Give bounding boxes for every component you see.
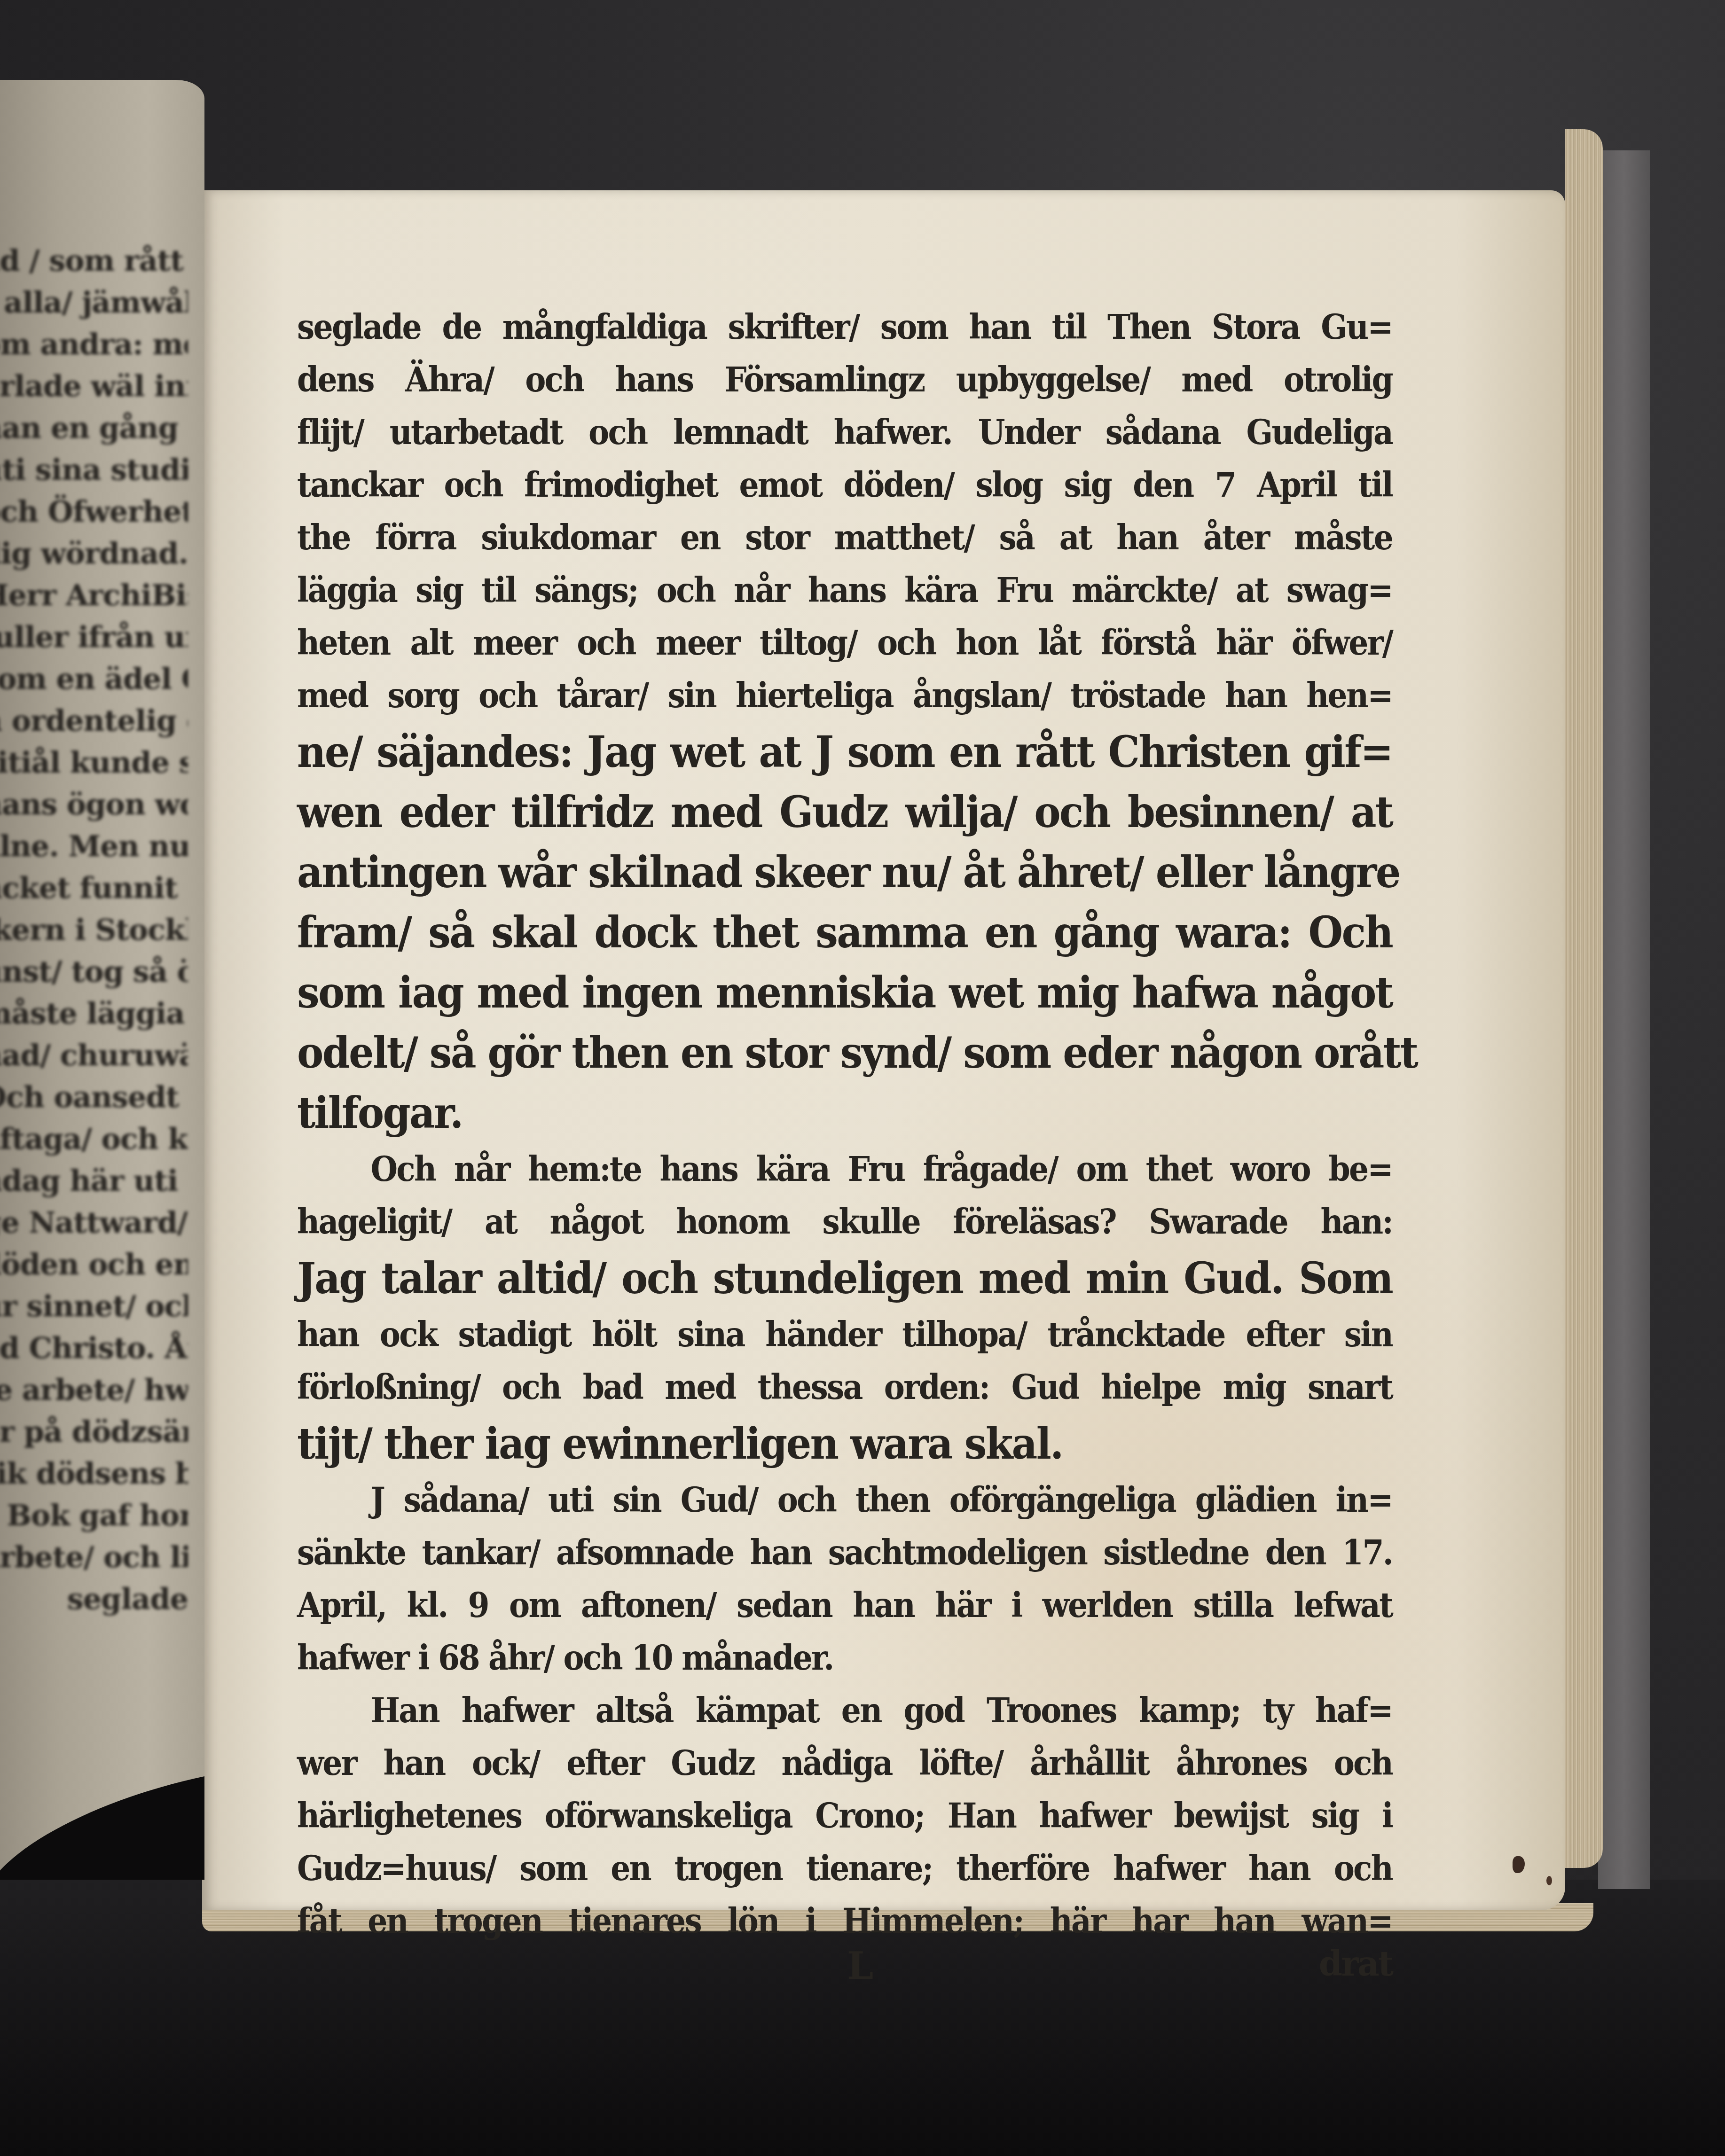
verso-text-line: s Bok gaf honom anled [0,1494,188,1536]
grey-support-card [1598,150,1650,1889]
signature-mark: L [847,1944,873,1988]
verso-text-line: ge Nattward/ så war döds [0,1202,188,1243]
text-line: flijt/ utarbetadt och lemnadt hafwer. Un… [297,406,1392,459]
text-line: odelt/ så gör then en stor synd/ som ede… [297,1023,1392,1083]
verso-text-line: n ordentelig diete, så d [0,700,188,742]
verso-text-line: ad / som rått döm [0,240,188,281]
verso-text-line: alne. Men nu fanns i the [0,825,188,867]
verso-text-line: seglade [0,1578,188,1620]
text-line: han ock stadigt hölt sina händer tilhopa… [297,1308,1392,1361]
verso-text-line: döden och en salig hädan [0,1243,188,1285]
text-line: Gudz=huus/ som en trogen tienare; therfö… [297,1842,1392,1895]
verso-text-line: t alla/ jämwål the ring [0,281,188,323]
text-line: med sorg och tårar/ sin hierteliga ångsl… [297,669,1392,722]
verso-text-block: ad / som rått dömt alla/ jämwål the ring… [0,240,188,1620]
verso-text-line: om andra: men war mi [0,323,188,365]
text-line: ne/ säjandes: Jag wet at J som en rått C… [297,722,1392,782]
catchword: drat [1319,1944,1392,1984]
verso-text-line: han en gång slutit. W [0,407,188,449]
text-line: läggia sig til sängs; och når hans kära … [297,564,1392,617]
text-line: April, kl. 9 om aftonen/ sedan han här i… [297,1579,1392,1632]
verso-text-line: som en ädel Gudz gåfwe [0,658,188,700]
verso-text-line: och Öfwerhet hade han [0,491,188,532]
verso-text-line: arbete/ och lika såsom be [0,1536,188,1578]
verso-text-line: uti sina studier och emb [0,449,188,491]
text-line: härlighetenes oförwanskeliga Crono; Han … [297,1789,1392,1842]
text-line: förloßning/ och bad med thessa orden: Gu… [297,1361,1392,1414]
verso-text-line: Och oansedt sukdom [0,1076,188,1118]
verso-text-line: erlade wäl innan han h [0,365,188,407]
verso-text-line: lkern i Stockholm, til han [0,909,188,951]
page-footer: Ldrat [297,1947,1392,1990]
ink-stain-small [1546,1876,1552,1885]
text-line: Jag talar altid/ och stundeligen med min… [297,1248,1392,1308]
verso-text-line: Herr ArchiBiskopens sit [0,574,188,616]
text-line: Och når hem:te hans kära Fru frågade/ om… [297,1143,1392,1195]
verso-text-line: fuller ifrån ungdomen ich [0,616,188,658]
verso-text-line: ncket funnit sig besinnadt [0,867,188,909]
text-line: som iag med ingen menniskia wet mig hafw… [297,962,1392,1023]
verso-text-line: unst/ tog så öfwerhanden/ at [0,951,188,992]
verso-text-line: måste läggia sig til säng [0,992,188,1034]
verso-text-line: te arbete/ hwilket han/ då [0,1369,188,1411]
text-line: tilfogar. [297,1083,1392,1143]
text-line: J sådana/ uti sin Gud/ och then oförgäng… [297,1474,1392,1526]
verso-text-line: ed Christo. År och mån [0,1327,188,1369]
verso-text-line: lig wördnad. [0,532,188,574]
text-line: tijt/ ther iag ewinnerligen wara skal. [297,1414,1392,1474]
text-line: Han hafwer altså kämpat en god Troones k… [297,1684,1392,1737]
text-line: tanckar och frimodighet emot döden/ slog… [297,459,1392,511]
text-line: hageligit/ at något honom skulle föreläs… [297,1195,1392,1248]
text-line: antingen wår skilnad skeer nu/ åt åhret/… [297,842,1392,902]
text-line: wen eder tilfridz med Gudz wilja/ och be… [297,782,1392,842]
text-line: heten alt meer och meer tiltog/ och hon … [297,617,1392,669]
verso-text-line: hans ögon wore icke [0,783,188,825]
verso-text-line: nad/ churuwäl mycket [0,1034,188,1076]
recto-text-block: seglade de mångfaldiga skrifter/ som han… [297,301,1392,1990]
text-line: sänkte tankar/ afsomnade han sachtmodeli… [297,1526,1392,1579]
text-line: dens Ähra/ och hans Församlingz upbyggel… [297,353,1392,406]
verso-page: ad / som rått dömt alla/ jämwål the ring… [0,80,204,1880]
text-line: fåt en trogen tienares lön i Himmelen; h… [297,1895,1392,1947]
verso-text-line: ur sinnet/ och hierteliga [0,1285,188,1327]
verso-text-line: ndag här uti Domkyrckan [0,1160,188,1202]
text-line: hafwer i 68 åhr/ och 10 månader. [297,1632,1392,1684]
verso-text-line: sitiål kunde säja om honom [0,742,188,783]
verso-text-line: er på dödzsängen/ bäk [0,1411,188,1453]
text-line: wer han ock/ efter Gudz nådiga löfte/ år… [297,1737,1392,1789]
page-stack-edge-right [1565,129,1603,1868]
verso-text-line: rik dödsens betraktelse; [0,1453,188,1494]
text-line: fram/ så skal dock thet samma en gång wa… [297,902,1392,962]
text-line: the förra siukdomar en stor matthet/ så … [297,511,1392,564]
verso-text-line: aftaga/ och krafterna i [0,1118,188,1160]
text-line: seglade de mångfaldiga skrifter/ som han… [297,301,1392,353]
